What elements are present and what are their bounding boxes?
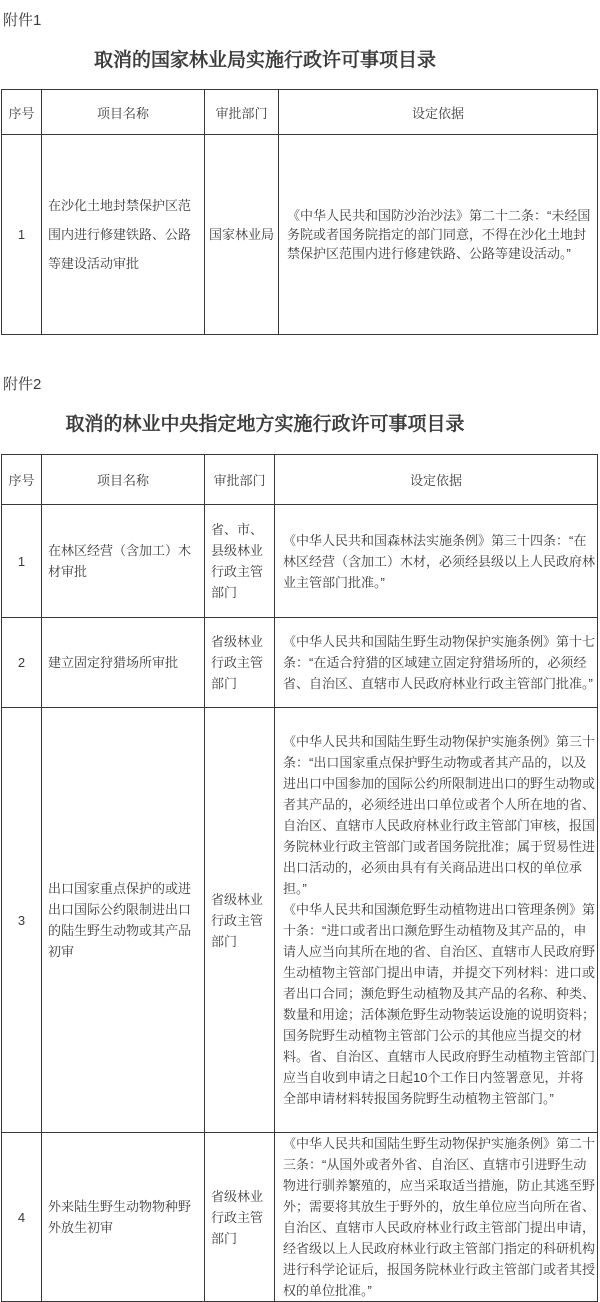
table-row: 1 在沙化土地封禁保护区范围内进行修建铁路、公路等建设活动审批 国家林业局 《中…	[2, 135, 598, 335]
attachment2-section: 附件2 取消的林业中央指定地方实施行政许可事项目录 序号 项目名称 审批部门 设…	[0, 375, 600, 1302]
col-header-no: 序号	[2, 90, 42, 135]
cell-approval-dept: 国家林业局	[205, 135, 279, 335]
col-header-no: 序号	[2, 455, 42, 505]
table-row: 1 在林区经营（含加工）木材审批 省、市、县级林业行政主管部门 《中华人民共和国…	[2, 505, 598, 618]
attachment1-table: 序号 项目名称 审批部门 设定依据 1 在沙化土地封禁保护区范围内进行修建铁路、…	[1, 89, 598, 335]
cell-approval-dept: 省级林业行政主管部门	[205, 618, 275, 708]
cell-project-name: 外来陆生野生动物物种野外放生初审	[42, 1133, 205, 1302]
attachment2-title: 取消的林业中央指定地方实施行政许可事项目录	[0, 412, 530, 438]
col-header-approval-dept: 审批部门	[205, 90, 279, 135]
cell-legal-basis: 《中华人民共和国陆生野生动物保护实施条例》第十七条：“在适合狩猎的区域建立固定狩…	[275, 618, 598, 708]
col-header-approval-dept: 审批部门	[205, 455, 275, 505]
legal-basis-paragraph: 《中华人民共和国濒危野生动植物进出口管理条例》第十条：“进口或者出口濒危野生动植…	[283, 899, 595, 1109]
cell-legal-basis: 《中华人民共和国陆生野生动物保护实施条例》第三十条：“出口国家重点保护野生动物或…	[275, 708, 598, 1133]
col-header-legal-basis: 设定依据	[275, 455, 598, 505]
legal-basis-paragraph: 《中华人民共和国陆生野生动物保护实施条例》第二十三条：“从国外或者外省、自治区、…	[283, 1133, 595, 1301]
legal-basis-paragraph: 《中华人民共和国陆生野生动物保护实施条例》第十七条：“在适合狩猎的区域建立固定狩…	[283, 631, 595, 694]
col-header-project-name: 项目名称	[42, 455, 205, 505]
attachment2-header-row: 序号 项目名称 审批部门 设定依据	[2, 455, 598, 505]
legal-basis-paragraph: 《中华人民共和国防沙治沙法》第二十二条：“未经国务院或者国务院指定的部门同意，不…	[287, 206, 595, 263]
cell-project-name: 建立固定狩猎场所审批	[42, 618, 205, 708]
cell-project-name: 出口国家重点保护的或进出口国际公约限制进出口的陆生野生动物或其产品初审	[42, 708, 205, 1133]
cell-project-name: 在林区经营（含加工）木材审批	[42, 505, 205, 618]
cell-approval-dept: 省、市、县级林业行政主管部门	[205, 505, 275, 618]
cell-no: 2	[2, 618, 42, 708]
legal-basis-paragraph: 《中华人民共和国陆生野生动物保护实施条例》第三十条：“出口国家重点保护野生动物或…	[283, 731, 595, 899]
cell-legal-basis: 《中华人民共和国防沙治沙法》第二十二条：“未经国务院或者国务院指定的部门同意，不…	[279, 135, 598, 335]
attachment1-title: 取消的国家林业局实施行政许可事项目录	[0, 48, 530, 74]
cell-no: 1	[2, 505, 42, 618]
table-row: 3 出口国家重点保护的或进出口国际公约限制进出口的陆生野生动物或其产品初审 省级…	[2, 708, 598, 1133]
legal-basis-paragraph: 《中华人民共和国森林法实施条例》第三十四条：“在林区经营（含加工）木材，必须经县…	[283, 530, 595, 593]
col-header-legal-basis: 设定依据	[279, 90, 598, 135]
cell-legal-basis: 《中华人民共和国森林法实施条例》第三十四条：“在林区经营（含加工）木材，必须经县…	[275, 505, 598, 618]
attachment1-header-row: 序号 项目名称 审批部门 设定依据	[2, 90, 598, 135]
cell-approval-dept: 省级林业行政主管部门	[205, 708, 275, 1133]
attachment2-label: 附件2	[3, 375, 600, 395]
cell-approval-dept: 省级林业行政主管部门	[205, 1133, 275, 1302]
table-row: 4 外来陆生野生动物物种野外放生初审 省级林业行政主管部门 《中华人民共和国陆生…	[2, 1133, 598, 1302]
cell-no: 1	[2, 135, 42, 335]
cell-no: 3	[2, 708, 42, 1133]
attachment1-section: 附件1 取消的国家林业局实施行政许可事项目录 序号 项目名称 审批部门 设定依据…	[0, 11, 600, 335]
cell-project-name: 在沙化土地封禁保护区范围内进行修建铁路、公路等建设活动审批	[42, 135, 205, 335]
cell-no: 4	[2, 1133, 42, 1302]
table-row: 2 建立固定狩猎场所审批 省级林业行政主管部门 《中华人民共和国陆生野生动物保护…	[2, 618, 598, 708]
col-header-project-name: 项目名称	[42, 90, 205, 135]
document-page: 附件1 取消的国家林业局实施行政许可事项目录 序号 项目名称 审批部门 设定依据…	[0, 0, 600, 1302]
cell-legal-basis: 《中华人民共和国陆生野生动物保护实施条例》第二十三条：“从国外或者外省、自治区、…	[275, 1133, 598, 1302]
attachment2-table: 序号 项目名称 审批部门 设定依据 1 在林区经营（含加工）木材审批 省、市、县…	[1, 454, 598, 1302]
attachment1-label: 附件1	[3, 11, 600, 31]
